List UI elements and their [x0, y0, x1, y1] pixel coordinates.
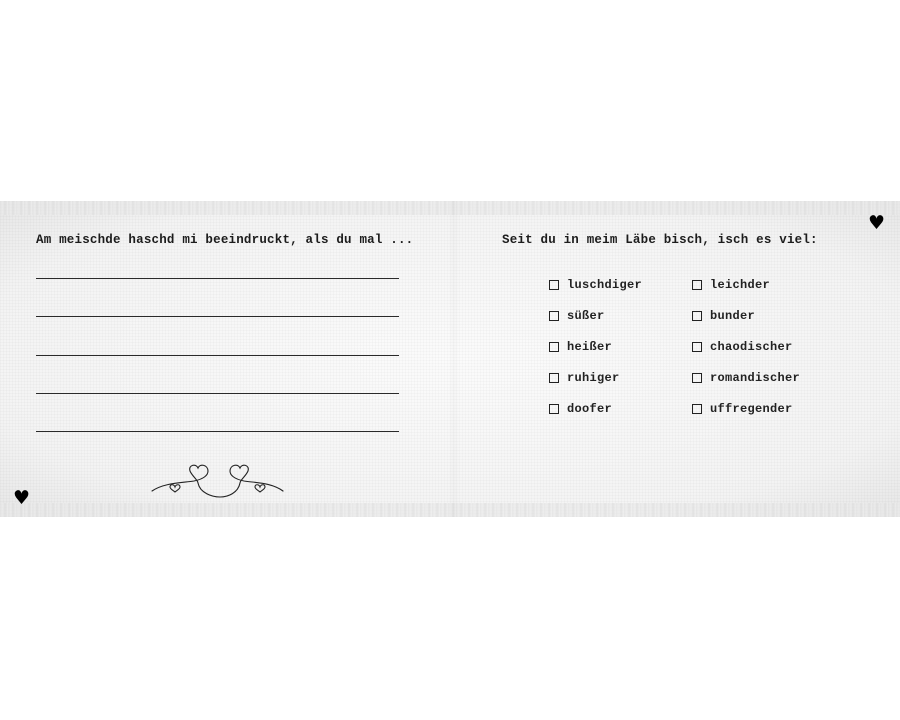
- write-in-line-3[interactable]: [36, 355, 399, 356]
- write-in-line-5[interactable]: [36, 431, 399, 432]
- checkbox[interactable]: [692, 342, 702, 352]
- greeting-card-spread: Am meischde haschd mi beeindruckt, als d…: [0, 201, 900, 517]
- option-label: bunder: [710, 309, 755, 323]
- center-fold: [448, 201, 460, 517]
- right-page-prompt: Seit du in meim Läbe bisch, isch es viel…: [502, 233, 818, 247]
- checkbox[interactable]: [549, 280, 559, 290]
- write-in-line-4[interactable]: [36, 393, 399, 394]
- heart-icon: ♥: [868, 214, 885, 233]
- checkbox[interactable]: [549, 404, 559, 414]
- option-label: luschdiger: [567, 278, 642, 292]
- heart-swirl-ornament-icon: [150, 463, 285, 499]
- option-label: leichder: [710, 278, 770, 292]
- checkbox[interactable]: [692, 373, 702, 383]
- option-chaodischer[interactable]: chaodischer: [692, 340, 793, 354]
- write-in-line-1[interactable]: [36, 278, 399, 279]
- option-luschdiger[interactable]: luschdiger: [549, 278, 642, 292]
- option-heisser[interactable]: heißer: [549, 340, 612, 354]
- heart-icon: ♥: [13, 489, 30, 508]
- option-doofer[interactable]: doofer: [549, 402, 612, 416]
- option-label: uffregender: [710, 402, 793, 416]
- option-label: doofer: [567, 402, 612, 416]
- option-bunder[interactable]: bunder: [692, 309, 755, 323]
- option-ruhiger[interactable]: ruhiger: [549, 371, 620, 385]
- checkbox[interactable]: [549, 311, 559, 321]
- checkbox[interactable]: [692, 280, 702, 290]
- checkbox[interactable]: [692, 311, 702, 321]
- option-uffregender[interactable]: uffregender: [692, 402, 793, 416]
- option-label: heißer: [567, 340, 612, 354]
- option-romandischer[interactable]: romandischer: [692, 371, 800, 385]
- checkbox[interactable]: [692, 404, 702, 414]
- checkbox[interactable]: [549, 342, 559, 352]
- left-page-prompt: Am meischde haschd mi beeindruckt, als d…: [36, 233, 413, 247]
- option-label: ruhiger: [567, 371, 620, 385]
- option-label: chaodischer: [710, 340, 793, 354]
- write-in-line-2[interactable]: [36, 316, 399, 317]
- option-suesser[interactable]: süßer: [549, 309, 605, 323]
- option-label: romandischer: [710, 371, 800, 385]
- option-label: süßer: [567, 309, 605, 323]
- checkbox[interactable]: [549, 373, 559, 383]
- option-leichder[interactable]: leichder: [692, 278, 770, 292]
